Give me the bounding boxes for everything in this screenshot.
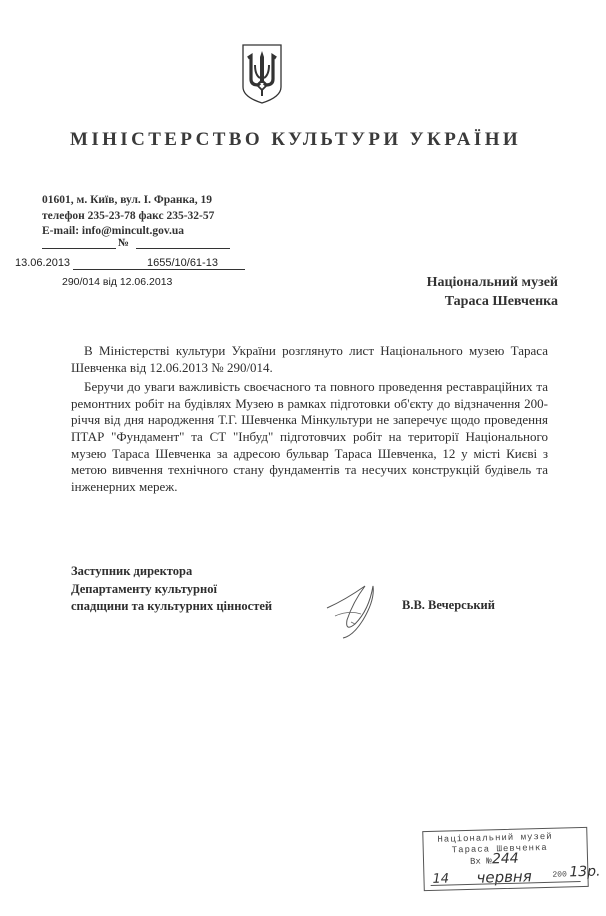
number-sign: № bbox=[118, 237, 129, 249]
body-paragraph: В Міністерстві культури України розгляну… bbox=[71, 343, 548, 376]
ministry-title: МІНІСТЕРСТВО КУЛЬТУРИ УКРАЇНИ bbox=[70, 129, 550, 151]
date-underline bbox=[42, 248, 116, 249]
position-line-2: Департаменту культурної bbox=[71, 581, 272, 599]
body-paragraph: Беручи до уваги важливість своєчасного т… bbox=[71, 379, 548, 495]
phone-fax-line: телефон 235-23-78 факс 235-32-57 bbox=[42, 209, 214, 225]
recipient-line-2: Тараса Шевченка bbox=[427, 292, 558, 311]
stamp-in-label: Вх № bbox=[470, 856, 492, 867]
outgoing-number-field: № bbox=[42, 237, 230, 249]
position-line-3: спадщини та культурних цінностей bbox=[71, 598, 272, 616]
stamp-year-suffix: 13р. bbox=[569, 864, 601, 881]
signatory-position: Заступник директора Департаменту культур… bbox=[71, 563, 272, 616]
letter-body: В Міністерстві культури України розгляну… bbox=[71, 343, 548, 498]
signer-name: В.В. Вечерський bbox=[402, 598, 495, 613]
position-line-1: Заступник директора bbox=[71, 563, 272, 581]
registration-date: 13.06.2013 bbox=[15, 257, 70, 269]
registration-underline bbox=[73, 269, 245, 270]
number-underline bbox=[136, 248, 230, 249]
incoming-registration-stamp: Національний музей Тараса Шевченка Вх № … bbox=[422, 827, 589, 891]
stamp-year-prefix: 200 bbox=[552, 870, 567, 879]
outgoing-number: 1655/10/61-13 bbox=[147, 257, 218, 269]
recipient-line-1: Національний музей bbox=[427, 273, 558, 292]
reference-to-letter: 290/014 від 12.06.2013 bbox=[62, 276, 172, 288]
stamp-in-number: 244 bbox=[492, 851, 519, 868]
ministry-contacts: 01601, м. Київ, вул. І. Франка, 19 телеф… bbox=[42, 193, 214, 240]
ukraine-trident-coat-of-arms-icon bbox=[241, 43, 283, 105]
recipient-block: Національний музей Тараса Шевченка bbox=[427, 273, 558, 311]
handwritten-signature-icon bbox=[325, 580, 387, 640]
address-line: 01601, м. Київ, вул. І. Франка, 19 bbox=[42, 193, 214, 209]
